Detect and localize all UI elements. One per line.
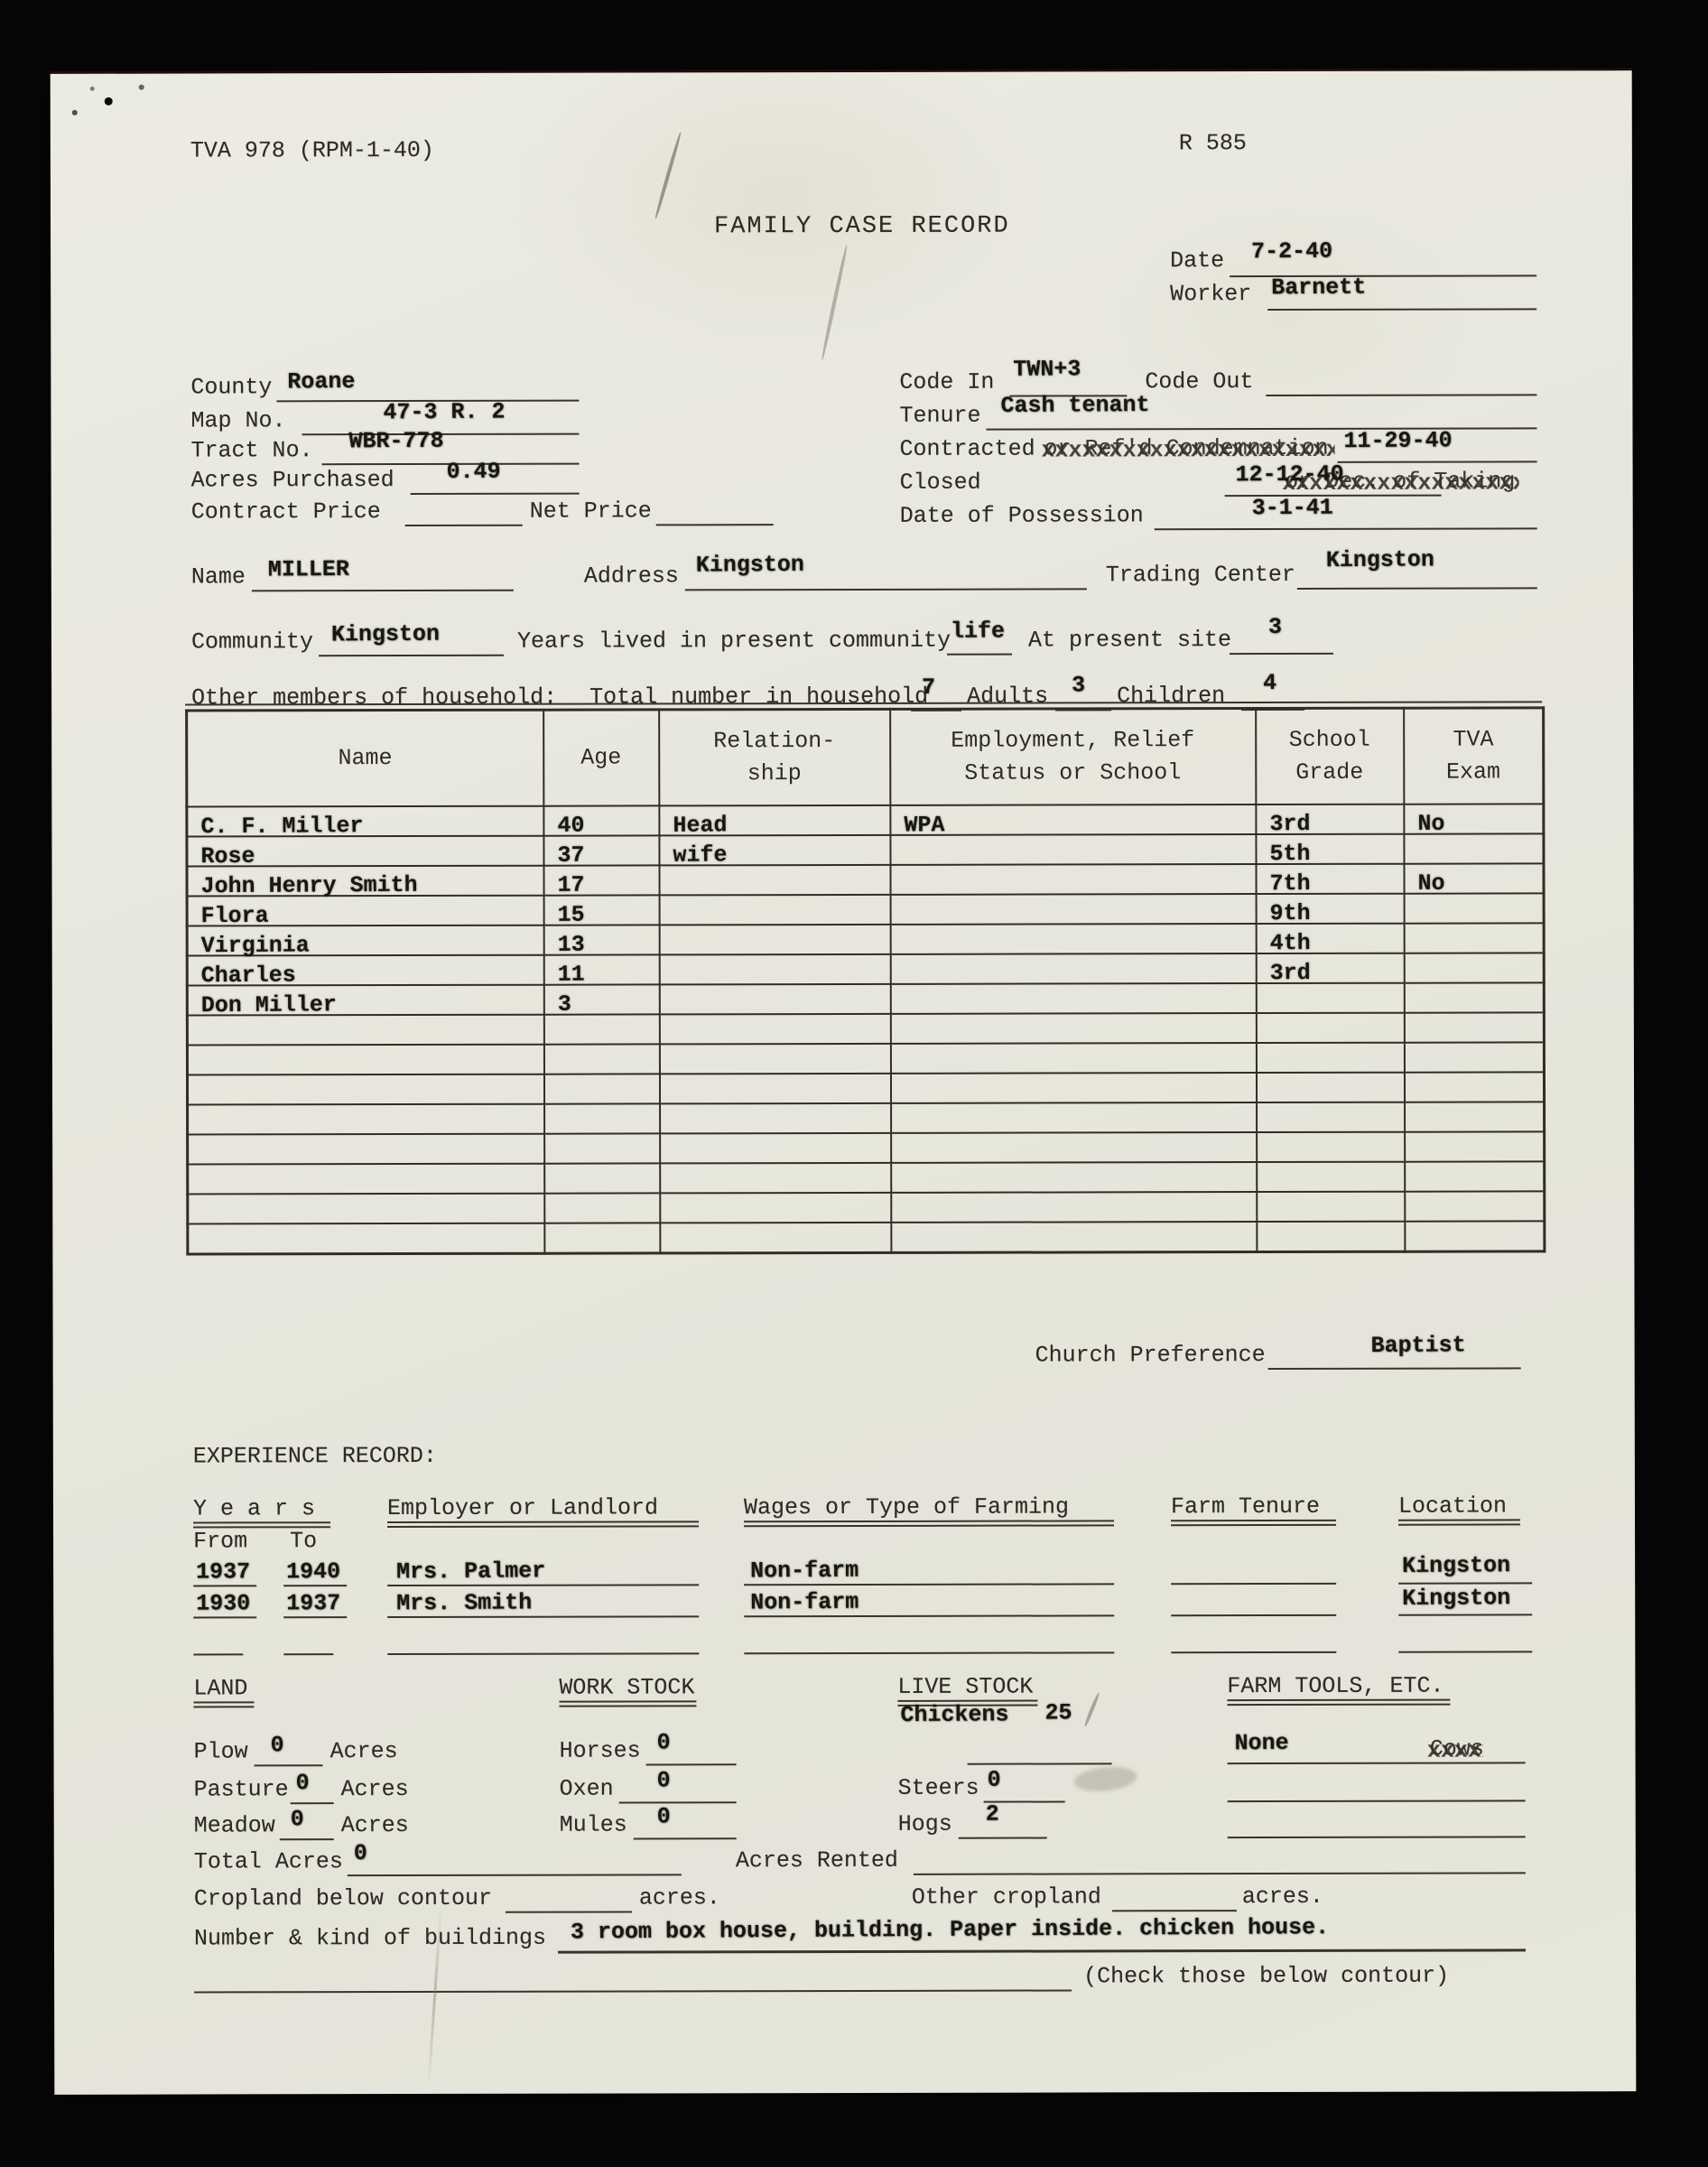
col-header-tva-exam: TVA Exam	[1404, 708, 1544, 804]
cell-relationship	[660, 1223, 891, 1253]
mules-line	[634, 1837, 737, 1839]
worker-value: Barnett	[1271, 275, 1366, 302]
cell-school-grade: 4th	[1256, 924, 1404, 953]
exp-blank-line	[283, 1653, 333, 1655]
buildings-value: 3 room box house, building. Paper inside…	[571, 1915, 1329, 1946]
cell-employment	[890, 834, 1256, 865]
adults-label: Adults	[967, 684, 1048, 711]
cell-school-grade	[1256, 1043, 1404, 1073]
household-empty-row	[188, 1131, 1545, 1164]
cell-age	[544, 1223, 660, 1252]
household-total-value: 7	[922, 675, 935, 702]
cell-relationship	[659, 1014, 890, 1045]
cell-name: Charles	[187, 955, 543, 986]
cell-relationship	[659, 895, 890, 925]
at-present-site-label: At present site	[1028, 628, 1231, 654]
experience-section-label: EXPERIENCE RECORD:	[193, 1444, 437, 1470]
tract-no-label: Tract No.	[191, 438, 313, 464]
tenure-line	[986, 427, 1536, 430]
exp-row-location: Kingston	[1402, 1586, 1510, 1613]
cell-employment	[890, 953, 1256, 984]
cell-relationship	[659, 865, 890, 896]
steers-value: 0	[988, 1768, 1001, 1794]
cell-name: Don Miller	[187, 985, 543, 1016]
exp-years-header: Y e a r s	[193, 1496, 315, 1522]
cell-relationship	[659, 984, 890, 1015]
cell-school-grade	[1257, 1102, 1405, 1132]
meadow-line	[280, 1838, 334, 1840]
trading-center-label: Trading Center	[1106, 563, 1295, 589]
acres-rented-line	[914, 1872, 1526, 1874]
exp-row-from: 1930	[196, 1591, 250, 1617]
household-empty-row	[187, 1042, 1544, 1074]
total-acres-label: Total Acres	[194, 1849, 343, 1875]
cell-school-grade: 3rd	[1256, 953, 1404, 983]
exp-from-label: From	[193, 1529, 247, 1555]
pencil-mark	[654, 132, 682, 219]
cell-age: 13	[543, 925, 659, 954]
exp-tenure-header: Farm Tenure	[1171, 1494, 1320, 1521]
exp-blank-line	[1398, 1651, 1532, 1652]
cell-tva-exam	[1404, 1042, 1544, 1072]
cell-school-grade	[1257, 1132, 1405, 1162]
farm-tools-line	[1228, 1836, 1526, 1838]
total-acres-line	[348, 1874, 682, 1876]
document-page: TVA 978 (RPM-1-40) R 585 FAMILY CASE REC…	[51, 70, 1637, 2095]
household-member-row: C. F. Miller40HeadWPA3rdNo	[187, 804, 1544, 836]
cell-tva-exam	[1404, 893, 1544, 923]
cell-age	[544, 1163, 660, 1193]
exp-blank-line	[387, 1652, 699, 1655]
code-out-label: Code Out	[1145, 369, 1253, 395]
file-ref: R 585	[1179, 131, 1247, 157]
cell-name	[188, 1104, 544, 1135]
land-header: LAND	[193, 1676, 247, 1702]
possession-label: Date of Possession	[900, 503, 1144, 529]
cell-name: John Henry Smith	[187, 866, 543, 897]
contracted-value: 11-29-40	[1343, 428, 1452, 455]
cell-school-grade	[1256, 1073, 1404, 1102]
col-header-name: Name	[187, 710, 543, 806]
cell-relationship: wife	[659, 835, 890, 866]
cell-relationship	[660, 1163, 891, 1194]
tract-no-value: WBR-778	[348, 429, 443, 455]
ink-speck	[90, 87, 95, 91]
pasture-line	[291, 1802, 334, 1804]
col-header-school-grade: School Grade	[1256, 708, 1404, 804]
code-out-line	[1266, 394, 1536, 396]
other-cropland-label: Other cropland	[912, 1884, 1101, 1911]
cell-relationship	[660, 1133, 891, 1164]
cell-school-grade: 3rd	[1256, 804, 1404, 834]
exp-row-employer: Mrs. Smith	[396, 1590, 532, 1617]
cell-employment	[891, 1162, 1257, 1193]
cell-name: Rose	[187, 836, 543, 867]
meadow-value: 0	[291, 1807, 304, 1833]
acres-purchased-value: 0.49	[446, 460, 500, 486]
household-empty-row	[187, 1072, 1544, 1104]
cell-name	[187, 1015, 543, 1046]
exp-years-underline	[193, 1521, 330, 1523]
possession-line	[1155, 527, 1537, 530]
cell-employment	[890, 894, 1256, 925]
cell-tva-exam	[1404, 953, 1544, 982]
cell-age	[544, 1103, 660, 1133]
acres-rented-label: Acres Rented	[736, 1848, 898, 1874]
cell-name	[188, 1223, 544, 1254]
trading-center-line	[1297, 587, 1537, 590]
cell-employment	[890, 983, 1256, 1014]
code-in-value: TWN+3	[1013, 357, 1081, 383]
farm-tools-underline	[1227, 1699, 1450, 1702]
exp-row-wages: Non-farm	[750, 1590, 859, 1617]
ink-speck	[139, 85, 144, 90]
net-price-line	[656, 524, 774, 525]
cropland-below-label: Cropland below contour	[194, 1886, 492, 1912]
cell-tva-exam	[1404, 833, 1544, 863]
cell-tva-exam	[1405, 1131, 1545, 1161]
exp-row-to: 1937	[286, 1591, 340, 1617]
exp-tenure-underline	[1171, 1520, 1336, 1521]
cell-age	[544, 1193, 660, 1223]
work-stock-underline	[559, 1700, 696, 1702]
address-line	[685, 588, 1087, 591]
exp-row-to: 1940	[286, 1559, 340, 1586]
household-total-label: Total number in household	[589, 684, 928, 711]
cell-age: 11	[543, 954, 659, 984]
work-stock-header: WORK STOCK	[559, 1675, 694, 1701]
cell-age: 3	[543, 984, 659, 1014]
exp-line	[1171, 1614, 1336, 1616]
cell-tva-exam	[1404, 982, 1544, 1012]
cell-employment	[891, 1132, 1257, 1163]
community-label: Community	[191, 629, 313, 656]
map-no-value: 47-3 R. 2	[383, 399, 505, 426]
cell-relationship	[660, 1103, 891, 1134]
years-in-community-value: life	[951, 618, 1005, 645]
cell-employment	[890, 1043, 1256, 1074]
years-in-community-label: Years lived in present community	[517, 628, 951, 656]
pencil-smudge	[1072, 1764, 1137, 1794]
at-present-site-value: 3	[1268, 615, 1282, 641]
farm-tools-value: None	[1234, 1731, 1288, 1757]
cell-school-grade	[1257, 1222, 1405, 1251]
date-label: Date	[1170, 248, 1224, 274]
exp-line	[283, 1585, 347, 1586]
cell-relationship	[660, 1193, 891, 1223]
cell-school-grade: 9th	[1256, 894, 1404, 924]
cell-employment	[891, 1222, 1257, 1252]
check-note: (Check those below contour)	[1083, 1964, 1449, 1991]
oxen-line	[619, 1801, 737, 1803]
horses-line	[646, 1763, 737, 1765]
total-acres-value: 0	[354, 1841, 367, 1867]
years-in-community-line	[947, 654, 1012, 656]
exp-line	[193, 1616, 256, 1618]
exp-line	[193, 1585, 256, 1586]
pencil-mark	[1083, 1692, 1100, 1727]
cell-school-grade	[1256, 1013, 1404, 1043]
exp-blank-line	[1171, 1651, 1336, 1653]
cell-name	[188, 1164, 544, 1195]
cell-tva-exam: No	[1404, 863, 1544, 893]
buildings-line	[558, 1948, 1526, 1953]
county-value: Roane	[287, 369, 355, 395]
cell-employment	[891, 1192, 1257, 1223]
exp-row-employer: Mrs. Palmer	[396, 1558, 545, 1586]
name-line	[252, 590, 514, 592]
ink-speck	[72, 110, 78, 116]
cell-name	[188, 1134, 544, 1165]
pasture-suffix: Acres	[341, 1777, 409, 1803]
cell-employment: WPA	[890, 804, 1256, 835]
cell-employment	[891, 1102, 1257, 1133]
cell-school-grade: 5th	[1256, 834, 1404, 864]
cell-tva-exam	[1405, 1221, 1545, 1251]
live-stock-header: LIVE STOCK	[897, 1675, 1033, 1701]
exp-line	[744, 1583, 1114, 1586]
cell-name: Flora	[187, 896, 543, 926]
exp-employer-underline	[387, 1521, 699, 1523]
cell-relationship	[659, 925, 890, 955]
exp-location-header: Location	[1398, 1493, 1507, 1520]
exp-line	[1398, 1614, 1532, 1615]
cell-age: 37	[543, 835, 659, 865]
contract-price-label: Contract Price	[191, 499, 381, 525]
cell-name: C. F. Miller	[187, 806, 543, 837]
hogs-value: 2	[986, 1802, 999, 1828]
cell-school-grade	[1257, 1192, 1405, 1222]
col-header-age: Age	[543, 710, 659, 806]
cell-tva-exam	[1404, 1072, 1544, 1102]
cell-employment	[890, 1073, 1256, 1103]
plow-line	[255, 1764, 323, 1766]
cell-age	[543, 1074, 659, 1103]
worker-line	[1267, 308, 1536, 311]
contracted-struck-text: or Ref'd Condemnation	[1044, 436, 1329, 462]
exp-location-underline	[1398, 1519, 1520, 1521]
cell-school-grade	[1256, 983, 1404, 1013]
acres-purchased-label: Acres Purchased	[191, 468, 395, 494]
trading-center-value: Kingston	[1326, 547, 1434, 574]
cell-employment	[890, 1013, 1256, 1044]
community-value: Kingston	[331, 622, 440, 649]
land-underline	[193, 1701, 254, 1703]
cell-age: 17	[543, 865, 659, 895]
community-line	[319, 655, 504, 656]
mules-label: Mules	[560, 1813, 627, 1839]
cell-relationship	[659, 1074, 890, 1104]
exp-line	[1171, 1583, 1336, 1585]
oxen-value: 0	[657, 1768, 671, 1794]
steers-label: Steers	[898, 1776, 979, 1802]
acres-purchased-line	[411, 493, 580, 495]
farm-tools-header: FARM TOOLS, ETC.	[1227, 1674, 1443, 1700]
buildings-line-2	[194, 1989, 1072, 1993]
cell-age: 15	[543, 895, 659, 925]
address-label: Address	[584, 563, 679, 590]
cell-age	[543, 1014, 659, 1044]
contract-price-line	[405, 525, 523, 526]
cell-tva-exam	[1405, 1191, 1545, 1221]
cows-line	[968, 1762, 1112, 1764]
chickens-label: Chickens	[900, 1702, 1008, 1729]
exp-row-location: Kingston	[1402, 1553, 1510, 1580]
church-preference-label: Church Preference	[1035, 1343, 1266, 1369]
closed-label: Closed	[900, 470, 981, 497]
cell-employment	[890, 924, 1256, 954]
exp-blank-line	[744, 1651, 1114, 1654]
date-value: 7-2-40	[1251, 239, 1332, 265]
cell-name: Virginia	[187, 925, 543, 956]
net-price-label: Net Price	[530, 498, 652, 525]
at-present-site-line	[1230, 653, 1333, 655]
children-label: Children	[1117, 684, 1225, 710]
contracted-label: Contracted	[900, 437, 1035, 463]
cell-tva-exam	[1404, 923, 1544, 953]
contracted-line	[1338, 460, 1537, 462]
code-in-label: Code In	[899, 370, 994, 396]
pasture-label: Pasture	[194, 1777, 289, 1803]
tenure-label: Tenure	[899, 404, 980, 430]
cell-relationship: Head	[659, 805, 890, 836]
hogs-line	[959, 1837, 1047, 1839]
household-table-body: C. F. Miller40HeadWPA3rdNoRose37wife5thJ…	[187, 804, 1545, 1253]
ink-speck	[105, 98, 113, 106]
cell-name	[188, 1194, 544, 1224]
household-empty-row	[188, 1221, 1545, 1253]
cell-school-grade: 7th	[1256, 864, 1404, 894]
plow-suffix: Acres	[330, 1739, 398, 1765]
household-table: Name Age Relation- ship Employment, Reli…	[185, 706, 1546, 1255]
cell-relationship	[659, 954, 890, 985]
church-preference-value: Baptist	[1371, 1333, 1466, 1359]
children-value: 4	[1263, 671, 1276, 697]
plow-value: 0	[270, 1733, 283, 1759]
mules-value: 0	[657, 1804, 671, 1830]
church-preference-line	[1268, 1367, 1521, 1370]
cell-tva-exam: No	[1404, 804, 1544, 833]
cell-age: 40	[543, 805, 659, 835]
cell-tva-exam	[1404, 1012, 1544, 1042]
name-label: Name	[191, 564, 246, 591]
exp-line	[387, 1584, 699, 1586]
farm-tools-line	[1228, 1800, 1526, 1802]
exp-line	[283, 1616, 347, 1618]
cows-label-struck: Cows	[1430, 1737, 1484, 1763]
col-header-relationship: Relation- ship	[659, 709, 890, 805]
cell-school-grade	[1257, 1162, 1405, 1192]
cell-age	[544, 1133, 660, 1163]
address-value: Kingston	[696, 553, 804, 580]
cell-relationship	[659, 1044, 890, 1074]
page-title: FAMILY CASE RECORD	[714, 213, 1010, 242]
other-cropland-suffix: acres.	[1242, 1884, 1323, 1911]
col-header-employment: Employment, Relief Status or School	[890, 709, 1256, 805]
exp-row-from: 1937	[196, 1559, 250, 1586]
exp-line	[387, 1615, 699, 1618]
possession-value: 3-1-41	[1252, 496, 1333, 522]
cell-employment	[890, 864, 1256, 895]
buildings-label: Number & kind of buildings	[194, 1926, 546, 1953]
exp-employer-header: Employer or Landlord	[387, 1495, 658, 1521]
horses-label: Horses	[560, 1738, 641, 1764]
pasture-value: 0	[296, 1771, 310, 1797]
exp-blank-line	[193, 1653, 243, 1655]
cell-age	[543, 1044, 659, 1074]
county-label: County	[190, 375, 272, 401]
pencil-mark	[821, 245, 849, 360]
exp-wages-header: Wages or Type of Farming	[744, 1494, 1069, 1521]
scan-background: TVA 978 (RPM-1-40) R 585 FAMILY CASE REC…	[0, 0, 1708, 2167]
cropland-below-suffix: acres.	[639, 1885, 720, 1911]
household-empty-row	[188, 1102, 1545, 1134]
exp-line	[744, 1614, 1114, 1617]
meadow-suffix: Acres	[341, 1813, 409, 1839]
oxen-label: Oxen	[560, 1777, 614, 1803]
form-number: TVA 978 (RPM-1-40)	[190, 138, 434, 164]
exp-to-label: To	[290, 1529, 317, 1555]
cell-name	[187, 1045, 543, 1075]
household-header-row: Name Age Relation- ship Employment, Reli…	[187, 708, 1544, 807]
adults-value: 3	[1072, 673, 1085, 699]
hogs-label: Hogs	[898, 1812, 952, 1838]
other-cropland-line	[1112, 1910, 1237, 1911]
tenure-value: Cash tenant	[1000, 393, 1149, 420]
closed-value: 12-12-40	[1236, 462, 1344, 489]
plow-label: Plow	[194, 1739, 248, 1765]
meadow-label: Meadow	[194, 1813, 275, 1839]
horses-value: 0	[656, 1730, 670, 1756]
name-value: MILLER	[268, 557, 349, 583]
cell-tva-exam	[1405, 1102, 1545, 1131]
chickens-value: 25	[1044, 1700, 1072, 1726]
exp-wages-underline	[744, 1520, 1114, 1522]
household-empty-row	[188, 1161, 1545, 1194]
exp-line	[1398, 1582, 1532, 1584]
map-no-label: Map No.	[190, 408, 285, 434]
exp-row-wages: Non-farm	[750, 1558, 859, 1586]
cell-name	[187, 1074, 543, 1105]
cropland-below-line	[506, 1911, 632, 1912]
cell-tva-exam	[1405, 1161, 1545, 1191]
worker-label: Worker	[1170, 282, 1251, 308]
household-empty-row	[188, 1191, 1545, 1223]
